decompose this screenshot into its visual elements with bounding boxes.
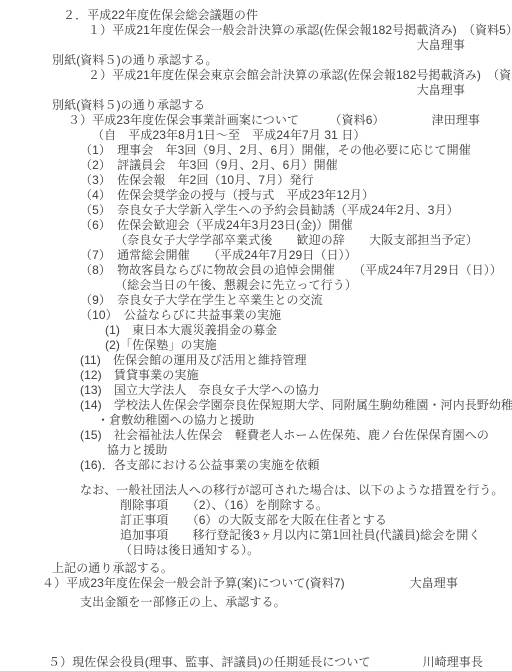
line-text: 協力と援助 <box>107 443 168 457</box>
line-text: （自 平成23年8月1日～至 平成24年7月 31 日） <box>92 128 366 142</box>
document-line: ２）平成21年度佐保会東京会館会計決算の承認(佐保会報182号掲載済み) （資料… <box>0 68 512 83</box>
document-line: 追加事項 移行登記後3ヶ月以内に第1回社員(代議員)総会を開く <box>0 528 512 543</box>
document-line: (14) 学校法人佐保会学園奈良佐保短期大学、同附属生駒幼稚園・河内長野幼稚園 <box>0 398 512 413</box>
line-text: 支出金額を一部修正の上、承認する。 <box>80 595 286 609</box>
document-line: ３）平成23年度佐保会事業計画案について （資料6） 津田理事 <box>0 113 512 128</box>
document-line: （奈良女子大学学部卒業式後 歓迎の辞 大阪支部担当予定） <box>0 233 512 248</box>
line-text: (14) 学校法人佐保会学園奈良佐保短期大学、同附属生駒幼稚園・河内長野幼稚園 <box>80 398 512 412</box>
line-text: (13) 国立大学法人 奈良女子大学への協力 <box>80 383 320 397</box>
document-line: （5） 奈良女子大学新入学生への予約会員勧誘（平成24年2月、3月） <box>0 203 512 218</box>
line-text: なお、一般社団法人への移行が認可された場合は、以下のような措置を行う。 <box>80 483 504 497</box>
line-text: （6） 佐保会歓迎会（平成24年3月23日(金)）開催 <box>80 218 353 232</box>
presenter-name: 津田理事 <box>432 113 480 128</box>
line-text: 追加事項 移行登記後3ヶ月以内に第1回社員(代議員)総会を開く <box>120 528 481 542</box>
document-line: (1) 東日本大震災義捐金の募金 <box>0 323 512 338</box>
document-line: （10） 公益ならびに共益事業の実施 <box>0 308 512 323</box>
line-text: (2)「佐保塾」の実施 <box>105 338 217 352</box>
line-text: （10） 公益ならびに共益事業の実施 <box>80 308 281 322</box>
line-text: 削除事項 （2）、（16）を削除する。 <box>120 498 328 512</box>
line-text: ４）平成23年度佐保会一般会計予算(案)について(資料7) <box>42 576 345 590</box>
line-text: 大畠理事 <box>417 38 465 52</box>
line-text: （総会当日の午後、懇親会に先立って行う） <box>115 278 357 292</box>
document-line: 支出金額を一部修正の上、承認する。 <box>0 595 512 610</box>
document-line: (12) 賃貸事業の実施 <box>0 368 512 383</box>
line-text: ２．平成22年度佐保会総会議題の件 <box>63 8 258 22</box>
line-text: （7） 通常総会開催 （平成24年7月29日（日）） <box>80 248 357 262</box>
line-text: ３）平成23年度佐保会事業計画案について （資料6） <box>68 113 385 127</box>
line-text: (12) 賃貸事業の実施 <box>80 368 199 382</box>
document-line: （4） 佐保会奨学金の授与（授与式 平成23年12月） <box>0 188 512 203</box>
document-line: (13) 国立大学法人 奈良女子大学への協力 <box>0 383 512 398</box>
line-text: （3） 佐保会報 年2回（10月、7月）発行 <box>80 173 314 187</box>
line-text: ２）平成21年度佐保会東京会館会計決算の承認(佐保会報182号掲載済み) （資料… <box>88 68 512 82</box>
line-text: （9） 奈良女子大学在学生と卒業生との交流 <box>80 293 323 307</box>
line-text: (15) 社会福祉法人佐保会 軽費老人ホーム佐保苑、鹿ノ台佐保保育園への <box>80 428 489 442</box>
line-text: 上記の通り承認する。 <box>52 561 173 575</box>
document-line: ２．平成22年度佐保会総会議題の件 <box>0 8 512 23</box>
document-line: １）平成21年度佐保会一般会計決算の承認(佐保会報182号掲載済み) （資料5） <box>0 23 512 38</box>
line-text: (16)．各支部における公益事業の実施を依頼 <box>80 458 320 472</box>
document-line: （9） 奈良女子大学在学生と卒業生との交流 <box>0 293 512 308</box>
document-line: (16)．各支部における公益事業の実施を依頼 <box>0 458 512 473</box>
line-text: ５）現佐保会役員(理事、監事、評議員)の任期延長について <box>48 655 371 669</box>
line-text: （奈良女子大学学部卒業式後 歓迎の辞 大阪支部担当予定） <box>115 233 478 247</box>
document-line: ４）平成23年度佐保会一般会計予算(案)について(資料7) 大畠理事 <box>0 576 512 591</box>
document-line: (2)「佐保塾」の実施 <box>0 338 512 353</box>
document-line: 協力と援助 <box>0 443 512 458</box>
document-line: （8） 物故客員ならびに物故会員の追悼会開催 （平成24年7月29日（日）） <box>0 263 512 278</box>
presenter-name: 大畠理事 <box>410 576 458 591</box>
document-line: ・倉敷幼稚園への協力と援助 <box>0 413 512 428</box>
line-text: 別紙(資料５)の通り承認する <box>52 98 205 112</box>
document-line: （2） 評議員会 年3回（9月、2月、6月）開催 <box>0 158 512 173</box>
presenter-name: 川崎理事長 <box>422 655 483 670</box>
line-text: (1) 東日本大震災義捐金の募金 <box>105 323 277 337</box>
document-line: 大畠理事 <box>0 38 512 53</box>
document-line: 別紙(資料５)の通り承認する。 <box>0 53 512 68</box>
document-line: 削除事項 （2）、（16）を削除する。 <box>0 498 512 513</box>
document-line: （自 平成23年8月1日～至 平成24年7月 31 日） <box>0 128 512 143</box>
document-line: (11) 佐保会館の運用及び活用と維持管理 <box>0 353 512 368</box>
line-text: （日時は後日通知する）。 <box>120 543 259 557</box>
line-text: (11) 佐保会館の運用及び活用と維持管理 <box>80 353 307 367</box>
document-line: (15) 社会福祉法人佐保会 軽費老人ホーム佐保苑、鹿ノ台佐保保育園への <box>0 428 512 443</box>
document-page: ２．平成22年度佐保会総会議題の件 １）平成21年度佐保会一般会計決算の承認(佐… <box>0 0 512 671</box>
line-text: （8） 物故客員ならびに物故会員の追悼会開催 （平成24年7月29日（日）） <box>80 263 502 277</box>
document-line: 大畠理事 <box>0 83 512 98</box>
line-text: 別紙(資料５)の通り承認する。 <box>52 53 218 67</box>
document-line: （3） 佐保会報 年2回（10月、7月）発行 <box>0 173 512 188</box>
document-line: （1） 理事会 年3回（9月、2月、6月）開催，その他必要に応じて開催 <box>0 143 512 158</box>
document-line: （7） 通常総会開催 （平成24年7月29日（日）） <box>0 248 512 263</box>
document-line: （6） 佐保会歓迎会（平成24年3月23日(金)）開催 <box>0 218 512 233</box>
document-line: なお、一般社団法人への移行が認可された場合は、以下のような措置を行う。 <box>0 483 512 498</box>
line-text: （4） 佐保会奨学金の授与（授与式 平成23年12月） <box>80 188 374 202</box>
line-text: 訂正事項 （6）の大阪支部を大阪在住者とする <box>120 513 387 527</box>
line-text: ・倉敷幼稚園への協力と援助 <box>97 413 254 427</box>
line-text: （1） 理事会 年3回（9月、2月、6月）開催，その他必要に応じて開催 <box>80 143 471 157</box>
document-line: ５）現佐保会役員(理事、監事、評議員)の任期延長について 川崎理事長 <box>0 655 512 670</box>
line-text: （2） 評議員会 年3回（9月、2月、6月）開催 <box>80 158 338 172</box>
document-line: （日時は後日通知する）。 <box>0 543 512 558</box>
line-text: 大畠理事 <box>417 83 465 97</box>
document-line: （総会当日の午後、懇親会に先立って行う） <box>0 278 512 293</box>
document-line: 訂正事項 （6）の大阪支部を大阪在住者とする <box>0 513 512 528</box>
line-text: １）平成21年度佐保会一般会計決算の承認(佐保会報182号掲載済み) （資料5） <box>88 23 512 37</box>
document-line: 上記の通り承認する。 <box>0 561 512 576</box>
line-text: （5） 奈良女子大学新入学生への予約会員勧誘（平成24年2月、3月） <box>80 203 459 217</box>
document-line: 別紙(資料５)の通り承認する <box>0 98 512 113</box>
document-body: ２．平成22年度佐保会総会議題の件 １）平成21年度佐保会一般会計決算の承認(佐… <box>0 8 512 670</box>
